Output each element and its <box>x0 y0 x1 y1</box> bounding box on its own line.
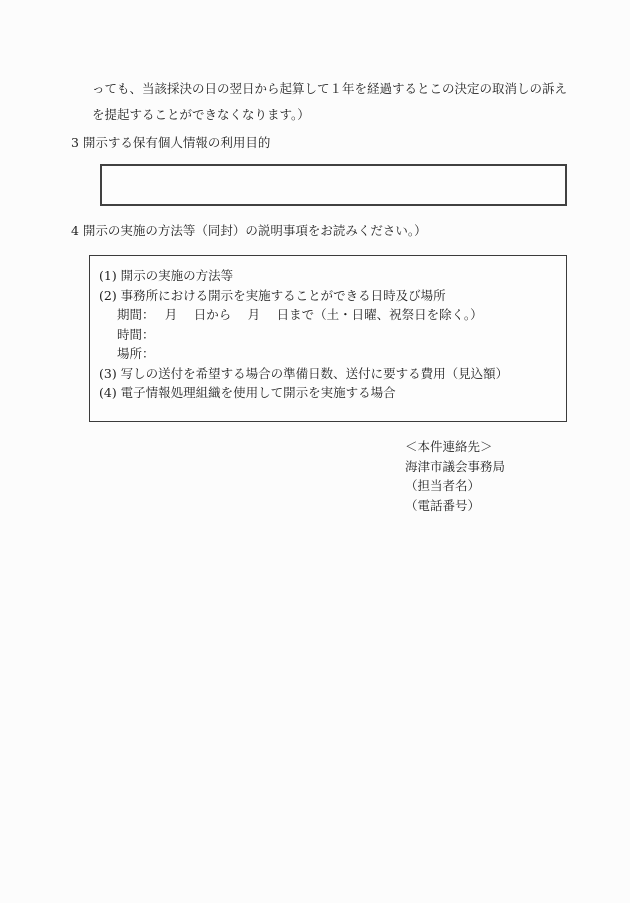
intro-line-1: っても、当該採決の日の翌日から起算して１年を経過するとこの決定の取消しの訴え <box>92 76 567 102</box>
method-box-line-period: 期間： 月 日から 月 日まで（土・日曜、祝祭日を除く。） <box>90 305 566 325</box>
section-4-heading: 4 開示の実施の方法等（同封）の説明事項をお読みください。） <box>71 223 427 238</box>
intro-line-2: を提起することができなくなります。） <box>92 102 567 128</box>
method-box-line-4: (4) 電子情報処理組織を使用して開示を実施する場合 <box>90 383 566 403</box>
contact-person-label: （担当者名） <box>405 476 505 496</box>
method-box-line-place: 場所： <box>90 344 566 364</box>
method-box-line-1: (1) 開示の実施の方法等 <box>90 266 566 286</box>
contact-block: ＜本件連絡先＞ 海津市議会事務局 （担当者名） （電話番号） <box>405 437 505 515</box>
method-box-line-2: (2) 事務所における開示を実施することができる日時及び場所 <box>90 286 566 306</box>
intro-paragraph: っても、当該採決の日の翌日から起算して１年を経過するとこの決定の取消しの訴え を… <box>92 76 567 128</box>
contact-heading: ＜本件連絡先＞ <box>405 437 505 457</box>
document-page: っても、当該採決の日の翌日から起算して１年を経過するとこの決定の取消しの訴え を… <box>0 0 630 903</box>
method-box-line-time: 時間： <box>90 325 566 345</box>
contact-phone-label: （電話番号） <box>405 496 505 516</box>
contact-office-name: 海津市議会事務局 <box>405 457 505 477</box>
disclosure-method-box: (1) 開示の実施の方法等 (2) 事務所における開示を実施することができる日時… <box>89 255 567 422</box>
method-box-line-3: (3) 写しの送付を希望する場合の準備日数、送付に要する費用（見込額） <box>90 364 566 384</box>
usage-purpose-fill-in-box <box>100 164 567 206</box>
section-3-heading: 3 開示する保有個人情報の利用目的 <box>71 135 270 150</box>
